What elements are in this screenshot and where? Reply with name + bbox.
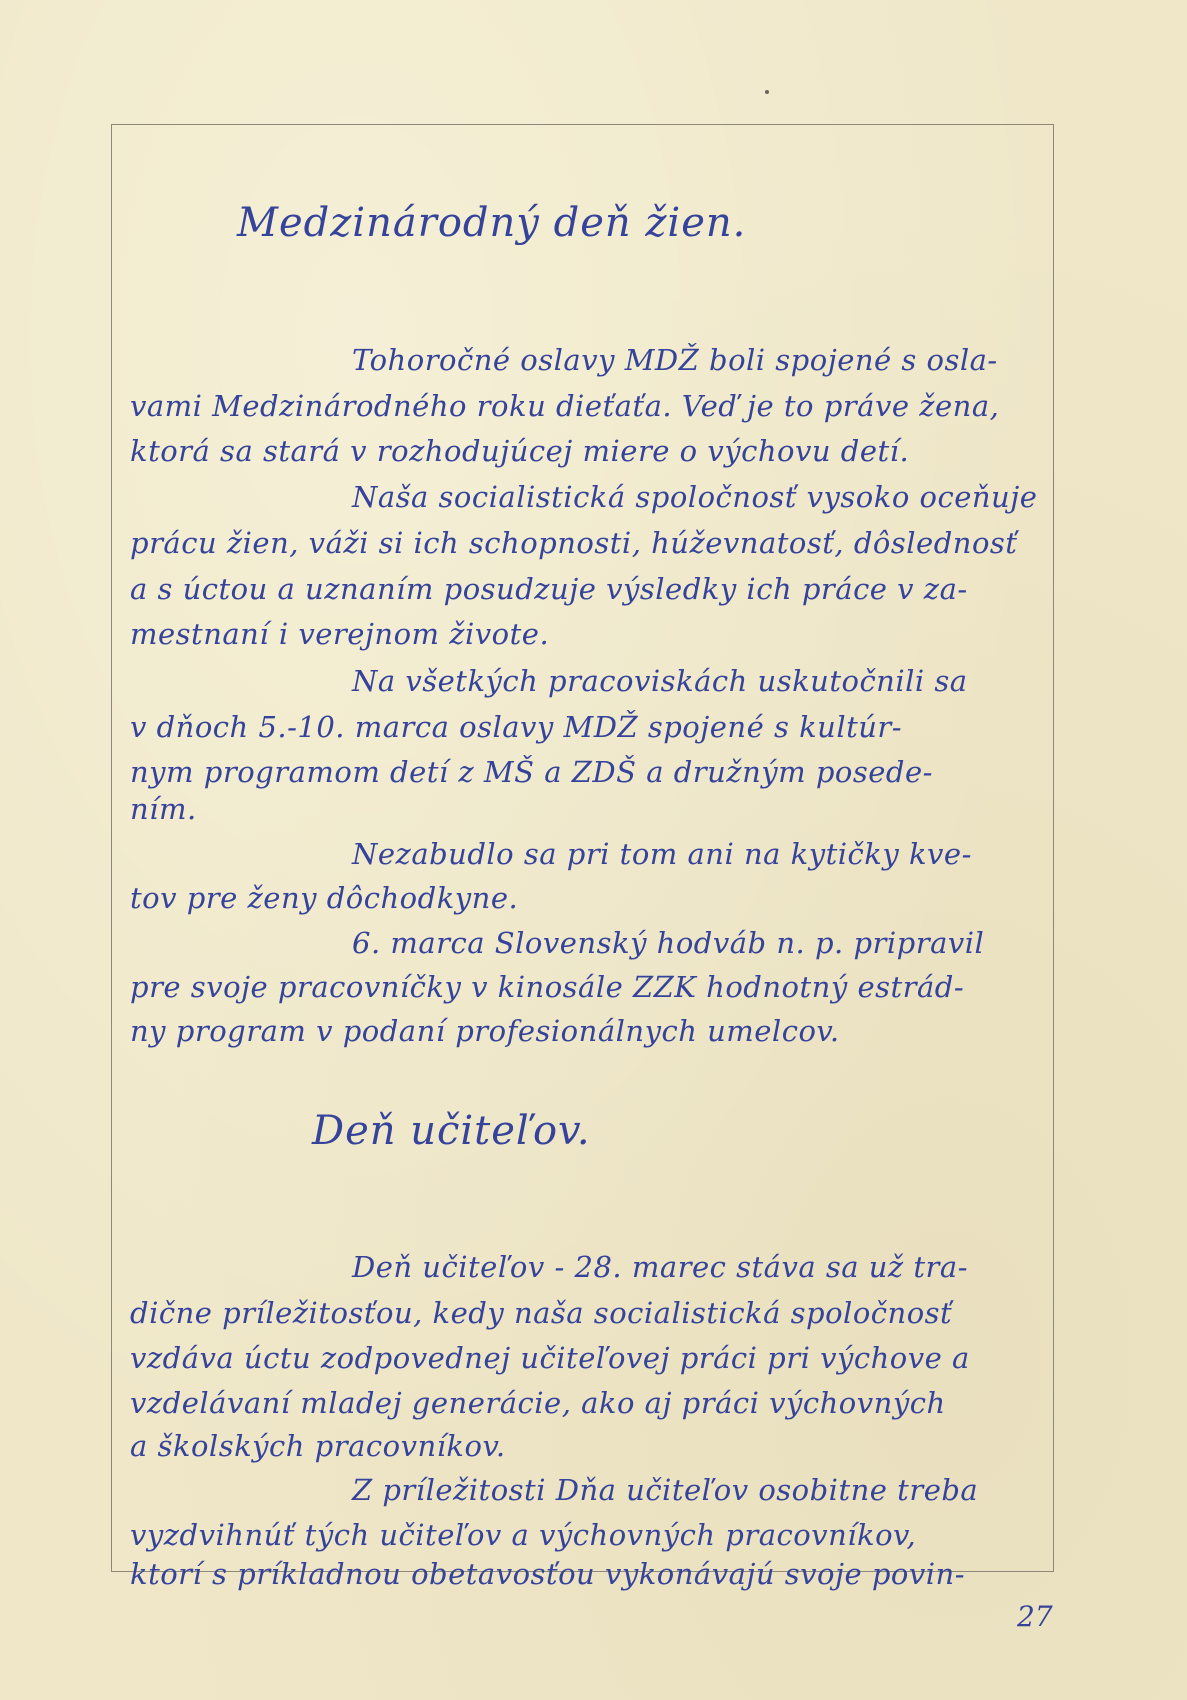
ink-speck bbox=[765, 90, 769, 94]
paragraph-line: Na všetkých pracoviskách uskutočnili sa bbox=[352, 667, 1042, 696]
paragraph-line: nym programom detí z MŠ a ZDŠ a družným … bbox=[130, 758, 1040, 787]
paragraph-line: prácu žien, váži si ich schopnosti, húže… bbox=[130, 529, 1040, 558]
paragraph-line: Tohoročné oslavy MDŽ boli spojené s osla… bbox=[352, 346, 1042, 375]
paragraph-line: Z príležitosti Dňa učiteľov osobitne tre… bbox=[352, 1476, 1042, 1505]
paragraph-line: v dňoch 5.-10. marca oslavy MDŽ spojené … bbox=[130, 713, 1040, 742]
paragraph-line: vyzdvihnúť tých učiteľov a výchovných pr… bbox=[130, 1521, 1040, 1550]
section-title-womens-day: Medzinárodný deň žien. bbox=[237, 200, 746, 246]
paragraph-line: vami Medzinárodného roku dieťaťa. Veď je… bbox=[130, 392, 1040, 421]
paragraph-line: Nezabudlo sa pri tom ani na kytičky kve- bbox=[352, 840, 1042, 869]
paragraph-line: Deň učiteľov - 28. marec stáva sa už tra… bbox=[352, 1253, 1042, 1282]
paragraph-line: 6. marca Slovenský hodváb n. p. pripravi… bbox=[352, 929, 1042, 958]
paragraph-line: tov pre ženy dôchodkyne. bbox=[130, 884, 1040, 913]
paragraph-line: a školských pracovníkov. bbox=[130, 1432, 1040, 1461]
page-number: 27 bbox=[1017, 1600, 1053, 1633]
paragraph-line: pre svoje pracovníčky v kinosále ZZK hod… bbox=[130, 973, 1040, 1002]
section-title-teachers-day: Deň učiteľov. bbox=[312, 1108, 591, 1154]
paragraph-line: a s úctou a uznaním posudzuje výsledky i… bbox=[130, 575, 1040, 604]
paragraph-line: vzdelávaní mladej generácie, ako aj prác… bbox=[130, 1389, 1040, 1418]
paragraph-line: ktorá sa stará v rozhodujúcej miere o vý… bbox=[130, 437, 1040, 466]
paragraph-line: ktorí s príkladnou obetavosťou vykonávaj… bbox=[130, 1560, 1040, 1589]
paragraph-line: ny program v podaní profesionálnych umel… bbox=[130, 1017, 1040, 1046]
paragraph-line: vzdáva úctu zodpovednej učiteľovej práci… bbox=[130, 1344, 1040, 1373]
paragraph-line: mestnaní i verejnom živote. bbox=[130, 620, 1040, 649]
paragraph-line: Naša socialistická spoločnosť vysoko oce… bbox=[352, 483, 1042, 512]
paragraph-line: ním. bbox=[130, 795, 1040, 824]
paragraph-line: dične príležitosťou, kedy naša socialist… bbox=[130, 1299, 1040, 1328]
